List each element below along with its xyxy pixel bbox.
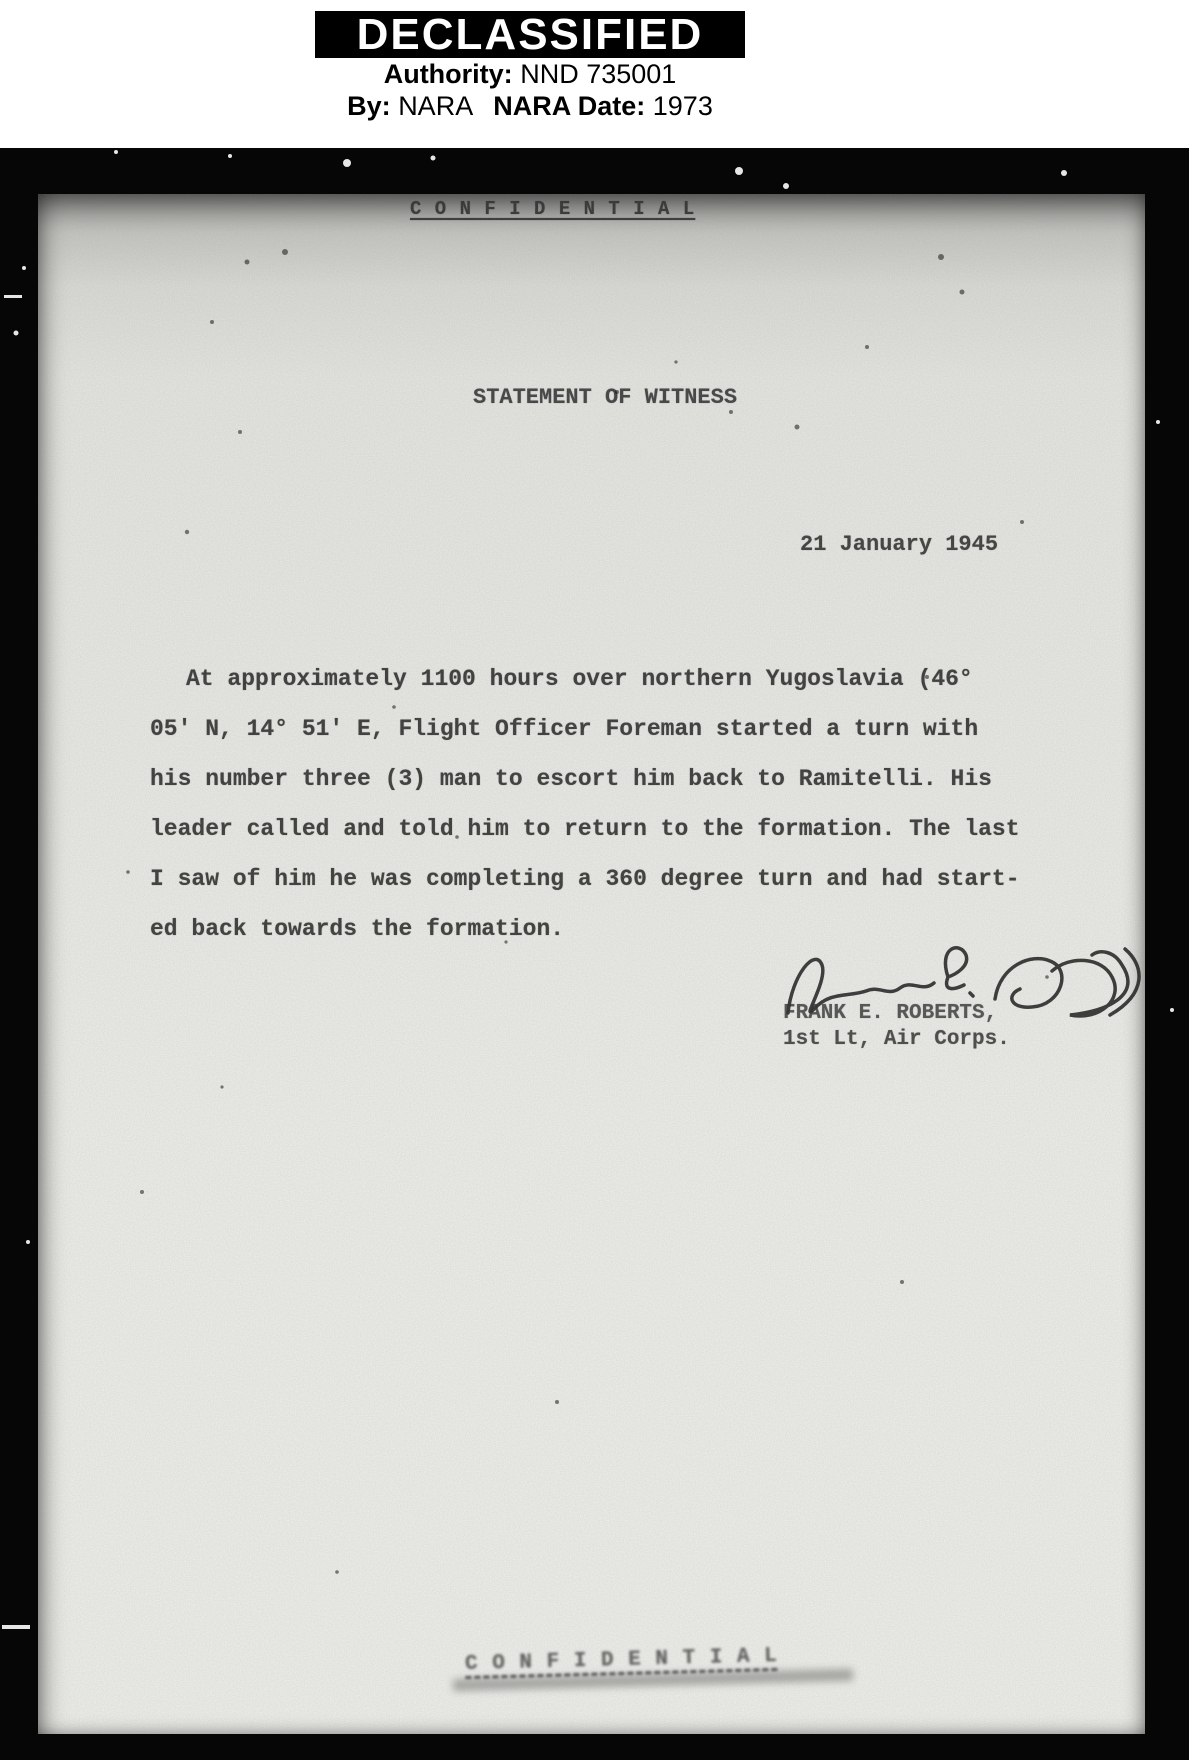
scanned-document-page: DECLASSIFIED Authority: NND 735001 By: N…	[0, 0, 1189, 1760]
declassified-title-bar: DECLASSIFIED	[315, 11, 745, 58]
declassified-title: DECLASSIFIED	[357, 10, 704, 59]
nara-date-label: NARA Date:	[493, 91, 645, 121]
by-line: By: NARA NARA Date: 1973	[315, 91, 745, 122]
authority-label: Authority:	[384, 59, 513, 89]
document-date: 21 January 1945	[800, 532, 998, 557]
nara-date-value: 1973	[653, 91, 713, 121]
signer-name: FRANK E. ROBERTS,	[783, 1002, 997, 1025]
scan-background: C O N F I D E N T I A L STATEMENT OF WIT…	[0, 148, 1189, 1760]
authority-line: Authority: NND 735001	[315, 59, 745, 90]
authority-value: NND 735001	[520, 59, 676, 89]
signer-rank: 1st Lt, Air Corps.	[783, 1028, 1010, 1051]
by-label: By:	[347, 91, 391, 121]
body-line: 05' N, 14° 51' E, Flight Officer Foreman…	[150, 704, 1020, 754]
declassified-banner-strip: DECLASSIFIED Authority: NND 735001 By: N…	[0, 0, 1189, 148]
by-value: NARA	[398, 91, 472, 121]
declassified-banner: DECLASSIFIED Authority: NND 735001 By: N…	[315, 11, 745, 122]
paper-sheet: C O N F I D E N T I A L STATEMENT OF WIT…	[38, 194, 1145, 1734]
classification-header: C O N F I D E N T I A L	[410, 198, 695, 220]
body-line: I saw of him he was completing a 360 deg…	[150, 854, 1020, 904]
document-title: STATEMENT OF WITNESS	[473, 385, 737, 410]
body-line: At approximately 1100 hours over norther…	[150, 654, 1020, 704]
body-line: leader called and told him to return to …	[150, 804, 1020, 854]
body-line: his number three (3) man to escort him b…	[150, 754, 1020, 804]
witness-statement-paragraph: At approximately 1100 hours over norther…	[150, 654, 1020, 954]
